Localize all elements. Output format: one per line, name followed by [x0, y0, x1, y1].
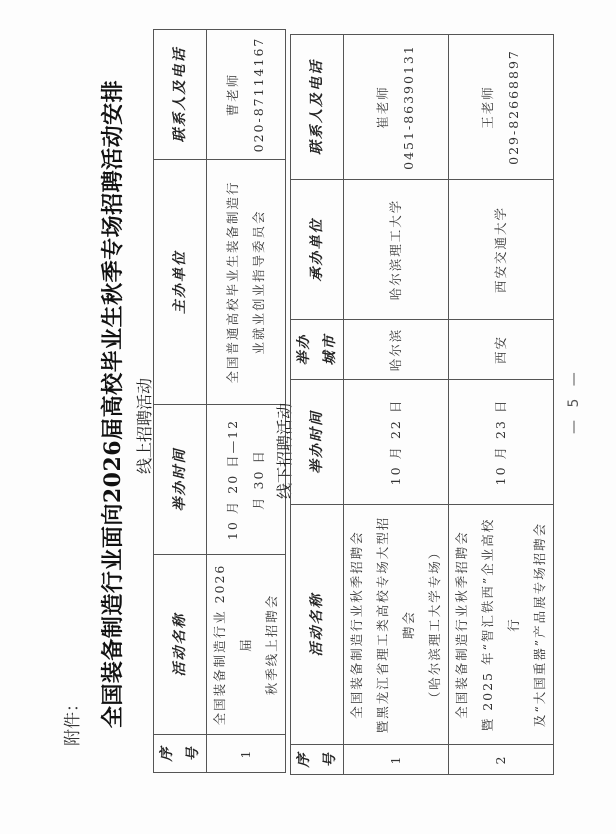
cell-name: 全国装备制造行业 2026 届 秋季线上招聘会 [207, 555, 286, 735]
cell-host: 哈尔滨理工大学 [344, 180, 449, 320]
document-title: 全国装备制造行业面向2026届高校毕业生秋季专场招聘活动安排 [96, 34, 127, 774]
header-contact: 联系人及电话 [154, 30, 207, 160]
contact-name: 王老师 [475, 41, 501, 173]
offline-events-table: 序号 活动名称 举办时间 举办城市 承办单位 联系人及电话 1 全国装备制造行业… [290, 34, 554, 775]
header-no: 序号 [154, 735, 207, 773]
page-number: — 5 — [566, 368, 582, 434]
header-time: 举办时间 [154, 405, 207, 555]
cell-name: 全国装备制造行业秋季招聘会 暨 2025 年“智汇铁西”企业高校行 及“大国重器… [449, 505, 554, 745]
cell-organizer: 全国普通高校毕业生装备制造行 业就业创业指导委员会 [207, 160, 286, 405]
header-city: 举办城市 [291, 320, 344, 380]
contact-phone: 0451-86390131 [396, 41, 422, 173]
header-contact: 联系人及电话 [291, 35, 344, 180]
cell-contact: 曹老师 020-87114167 [207, 30, 286, 160]
cell-time: 10 月 23 日 [449, 380, 554, 505]
header-time: 举办时间 [291, 380, 344, 505]
header-host: 承办单位 [291, 180, 344, 320]
contact-name: 崔老师 [370, 41, 396, 173]
contact-phone: 029-82668897 [501, 41, 527, 173]
organizer-line: 业就业创业指导委员会 [246, 166, 272, 398]
table-row: 1 全国装备制造行业 2026 届 秋季线上招聘会 10 月 20 日—12 月… [207, 30, 286, 773]
organizer-line: 全国普通高校毕业生装备制造行 [220, 166, 246, 398]
cell-contact: 崔老师 0451-86390131 [344, 35, 449, 180]
cell-city: 哈尔滨 [344, 320, 449, 380]
name-line: 及“大国重器”产品展专场招聘会 [527, 511, 553, 738]
cell-no: 2 [449, 745, 554, 775]
name-line: 全国装备制造行业 2026 届 [207, 561, 259, 728]
header-organizer: 主办单位 [154, 160, 207, 405]
online-section-title: 线上招聘活动 [132, 378, 155, 474]
header-no: 序号 [291, 745, 344, 775]
contact-phone: 020-87114167 [246, 36, 272, 153]
cell-city: 西安 [449, 320, 554, 380]
table-header-row: 序号 活动名称 举办时间 举办城市 承办单位 联系人及电话 [291, 35, 344, 775]
cell-name: 全国装备制造行业秋季招聘会 暨黑龙江省理工类高校专场大型招聘会 （哈尔滨理工大学… [344, 505, 449, 745]
header-name: 活动名称 [291, 505, 344, 745]
cell-host: 西安交通大学 [449, 180, 554, 320]
cell-no: 1 [344, 745, 449, 775]
header-name: 活动名称 [154, 555, 207, 735]
table-header-row: 序号 活动名称 举办时间 主办单位 联系人及电话 [154, 30, 207, 773]
attachment-label: 附件： [58, 695, 83, 746]
name-line: （哈尔滨理工大学专场） [422, 511, 448, 738]
name-line: 全国装备制造行业秋季招聘会 [344, 511, 370, 738]
table-row: 2 全国装备制造行业秋季招聘会 暨 2025 年“智汇铁西”企业高校行 及“大国… [449, 35, 554, 775]
name-line: 秋季线上招聘会 [259, 561, 285, 728]
name-line: 全国装备制造行业秋季招聘会 [449, 511, 475, 738]
name-line: 暨 2025 年“智汇铁西”企业高校行 [475, 511, 527, 738]
contact-name: 曹老师 [220, 36, 246, 153]
cell-contact: 王老师 029-82668897 [449, 35, 554, 180]
document-page: 附件： 全国装备制造行业面向2026届高校毕业生秋季专场招聘活动安排 线上招聘活… [0, 0, 616, 834]
table-row: 1 全国装备制造行业秋季招聘会 暨黑龙江省理工类高校专场大型招聘会 （哈尔滨理工… [344, 35, 449, 775]
name-line: 暨黑龙江省理工类高校专场大型招聘会 [370, 511, 422, 738]
cell-time: 10 月 22 日 [344, 380, 449, 505]
online-events-table: 序号 活动名称 举办时间 主办单位 联系人及电话 1 全国装备制造行业 2026… [153, 29, 286, 773]
cell-no: 1 [207, 735, 286, 773]
